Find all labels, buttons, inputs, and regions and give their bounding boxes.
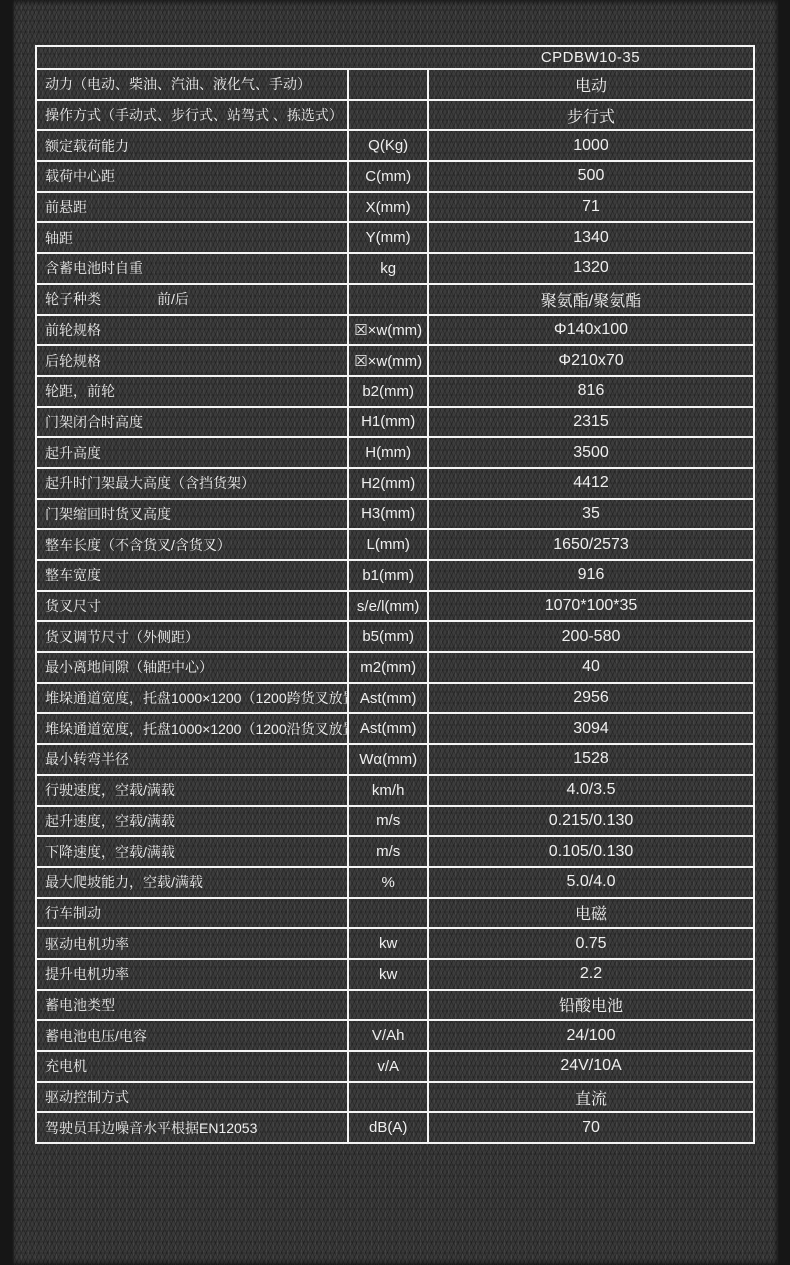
spec-value-cell: 3094 <box>428 713 754 744</box>
spec-unit-cell: dB(A) <box>348 1112 428 1143</box>
spec-label-cell: 充电机 <box>36 1051 348 1082</box>
spec-label-cell: 最大爬坡能力，空载/满载 <box>36 867 348 898</box>
spec-unit-cell: b5(mm) <box>348 621 428 652</box>
spec-value-cell: 4412 <box>428 468 754 499</box>
spec-unit-cell: C(mm) <box>348 161 428 192</box>
spec-value-cell: 24V/10A <box>428 1051 754 1082</box>
spec-sheet-page: { "table": { "model": "CPDBW10-35", "col… <box>0 0 790 1265</box>
spec-value-cell: 0.105/0.130 <box>428 836 754 867</box>
spec-unit-cell: H(mm) <box>348 437 428 468</box>
spec-label-cell: 货叉调节尺寸（外侧距） <box>36 621 348 652</box>
table-row: 动力（电动、柴油、汽油、液化气、手动） 电动 <box>36 69 754 100</box>
spec-unit-cell: kg <box>348 253 428 284</box>
spec-label-cell: 堆垛通道宽度，托盘1000×1200（1200沿货叉放置） <box>36 713 348 744</box>
table-row: 提升电机功率 kw 2.2 <box>36 959 754 990</box>
table-row: 门架缩回时货叉高度 H3(mm) 35 <box>36 499 754 530</box>
spec-unit-cell <box>348 990 428 1021</box>
table-row: 整车长度（不含货叉/含货叉） L(mm) 1650/2573 <box>36 529 754 560</box>
table-row: 轮子种类 前/后 聚氨酯/聚氨酯 <box>36 284 754 315</box>
table-row: 驱动控制方式 直流 <box>36 1082 754 1113</box>
spec-label-cell: 轮子种类 前/后 <box>36 284 348 315</box>
spec-value-cell: 5.0/4.0 <box>428 867 754 898</box>
spec-unit-cell: m/s <box>348 806 428 837</box>
spec-label-cell: 驱动电机功率 <box>36 928 348 959</box>
spec-value-cell: 0.215/0.130 <box>428 806 754 837</box>
table-row: 载荷中心距 C(mm) 500 <box>36 161 754 192</box>
spec-value-cell: 2956 <box>428 683 754 714</box>
spec-unit-cell: Wα(mm) <box>348 744 428 775</box>
spec-label-cell: 额定载荷能力 <box>36 130 348 161</box>
table-row: 充电机 v/A 24V/10A <box>36 1051 754 1082</box>
table-row: 行车制动 电磁 <box>36 898 754 929</box>
table-row: 蓄电池电压/电容 V/Ah 24/100 <box>36 1020 754 1051</box>
spec-label-cell: 载荷中心距 <box>36 161 348 192</box>
spec-value-cell: 直流 <box>428 1082 754 1113</box>
table-row: 门架闭合时高度 H1(mm) 2315 <box>36 407 754 438</box>
spec-value-cell: 1070*100*35 <box>428 591 754 622</box>
table-row: 堆垛通道宽度，托盘1000×1200（1200跨货叉放置） Ast(mm) 29… <box>36 683 754 714</box>
spec-unit-cell: ☒×w(mm) <box>348 315 428 346</box>
spec-label-cell: 最小转弯半径 <box>36 744 348 775</box>
table-row: 货叉尺寸 s/e/l(mm) 1070*100*35 <box>36 591 754 622</box>
spec-value-cell: 聚氨酯/聚氨酯 <box>428 284 754 315</box>
spec-unit-cell: L(mm) <box>348 529 428 560</box>
spec-unit-cell: V/Ah <box>348 1020 428 1051</box>
spec-label-cell: 驱动控制方式 <box>36 1082 348 1113</box>
spec-value-cell: 2.2 <box>428 959 754 990</box>
spec-unit-cell: km/h <box>348 775 428 806</box>
table-row: 驱动电机功率 kw 0.75 <box>36 928 754 959</box>
spec-value-cell: Φ140x100 <box>428 315 754 346</box>
spec-unit-cell: m/s <box>348 836 428 867</box>
model-header-cell: CPDBW10-35 <box>36 46 754 69</box>
spec-value-cell: 70 <box>428 1112 754 1143</box>
table-header-row: CPDBW10-35 <box>36 46 754 69</box>
table-row: 驾驶员耳边噪音水平根据EN12053 dB(A) 70 <box>36 1112 754 1143</box>
table-row: 起升高度 H(mm) 3500 <box>36 437 754 468</box>
table-row: 前悬距 X(mm) 71 <box>36 192 754 223</box>
spec-unit-cell <box>348 1082 428 1113</box>
spec-value-cell: 0.75 <box>428 928 754 959</box>
spec-unit-cell <box>348 69 428 100</box>
spec-value-cell: 916 <box>428 560 754 591</box>
spec-value-cell: 1340 <box>428 222 754 253</box>
spec-label-cell: 蓄电池电压/电容 <box>36 1020 348 1051</box>
spec-label-cell: 货叉尺寸 <box>36 591 348 622</box>
spec-label-cell: 后轮规格 <box>36 345 348 376</box>
spec-value-cell: 电动 <box>428 69 754 100</box>
table-row: 下降速度，空载/满载 m/s 0.105/0.130 <box>36 836 754 867</box>
spec-unit-cell: Ast(mm) <box>348 713 428 744</box>
spec-value-cell: 200-580 <box>428 621 754 652</box>
table-row: 最小转弯半径 Wα(mm) 1528 <box>36 744 754 775</box>
spec-label-cell: 行驶速度，空载/满载 <box>36 775 348 806</box>
table-row: 操作方式（手动式、步行式、站驾式 、拣选式） 步行式 <box>36 100 754 131</box>
spec-label-cell: 整车宽度 <box>36 560 348 591</box>
spec-unit-cell: kw <box>348 928 428 959</box>
table-row: 含蓄电池时自重 kg 1320 <box>36 253 754 284</box>
spec-unit-cell: b1(mm) <box>348 560 428 591</box>
spec-label-cell: 下降速度，空载/满载 <box>36 836 348 867</box>
spec-value-cell: 2315 <box>428 407 754 438</box>
spec-value-cell: 35 <box>428 499 754 530</box>
spec-label-cell: 驾驶员耳边噪音水平根据EN12053 <box>36 1112 348 1143</box>
table-row: 最大爬坡能力，空载/满载 % 5.0/4.0 <box>36 867 754 898</box>
spec-unit-cell: H3(mm) <box>348 499 428 530</box>
spec-unit-cell <box>348 284 428 315</box>
spec-label-cell: 最小离地间隙（轴距中心） <box>36 652 348 683</box>
spec-value-cell: 3500 <box>428 437 754 468</box>
table-row: 轴距 Y(mm) 1340 <box>36 222 754 253</box>
spec-table-body: CPDBW10-35 动力（电动、柴油、汽油、液化气、手动） 电动 操作方式（手… <box>36 46 754 1143</box>
spec-label-cell: 门架闭合时高度 <box>36 407 348 438</box>
spec-label-cell: 蓄电池类型 <box>36 990 348 1021</box>
spec-value-cell: 71 <box>428 192 754 223</box>
spec-label-cell: 轮距，前轮 <box>36 376 348 407</box>
model-name: CPDBW10-35 <box>428 49 753 66</box>
spec-label-cell: 整车长度（不含货叉/含货叉） <box>36 529 348 560</box>
spec-label-cell: 起升高度 <box>36 437 348 468</box>
table-row: 额定载荷能力 Q(Kg) 1000 <box>36 130 754 161</box>
table-row: 货叉调节尺寸（外侧距） b5(mm) 200-580 <box>36 621 754 652</box>
table-row: 后轮规格 ☒×w(mm) Φ210x70 <box>36 345 754 376</box>
spec-value-cell: Φ210x70 <box>428 345 754 376</box>
spec-label-cell: 轴距 <box>36 222 348 253</box>
spec-label-cell: 堆垛通道宽度，托盘1000×1200（1200跨货叉放置） <box>36 683 348 714</box>
spec-unit-cell: % <box>348 867 428 898</box>
spec-value-cell: 1528 <box>428 744 754 775</box>
spec-value-cell: 1650/2573 <box>428 529 754 560</box>
table-row: 最小离地间隙（轴距中心） m2(mm) 40 <box>36 652 754 683</box>
spec-label-cell: 起升速度，空载/满载 <box>36 806 348 837</box>
table-row: 起升时门架最大高度（含挡货架） H2(mm) 4412 <box>36 468 754 499</box>
spec-label-cell: 含蓄电池时自重 <box>36 253 348 284</box>
spec-unit-cell: Q(Kg) <box>348 130 428 161</box>
table-row: 堆垛通道宽度，托盘1000×1200（1200沿货叉放置） Ast(mm) 30… <box>36 713 754 744</box>
spec-unit-cell: b2(mm) <box>348 376 428 407</box>
table-row: 蓄电池类型 铅酸电池 <box>36 990 754 1021</box>
table-row: 整车宽度 b1(mm) 916 <box>36 560 754 591</box>
table-row: 前轮规格 ☒×w(mm) Φ140x100 <box>36 315 754 346</box>
table-row: 轮距，前轮 b2(mm) 816 <box>36 376 754 407</box>
spec-unit-cell: kw <box>348 959 428 990</box>
spec-value-cell: 4.0/3.5 <box>428 775 754 806</box>
spec-value-cell: 电磁 <box>428 898 754 929</box>
spec-label-cell: 操作方式（手动式、步行式、站驾式 、拣选式） <box>36 100 348 131</box>
spec-unit-cell: H2(mm) <box>348 468 428 499</box>
spec-label-cell: 前悬距 <box>36 192 348 223</box>
spec-table: CPDBW10-35 动力（电动、柴油、汽油、液化气、手动） 电动 操作方式（手… <box>35 45 755 1144</box>
spec-unit-cell: X(mm) <box>348 192 428 223</box>
spec-value-cell: 500 <box>428 161 754 192</box>
spec-unit-cell: m2(mm) <box>348 652 428 683</box>
spec-unit-cell: v/A <box>348 1051 428 1082</box>
spec-label-cell: 行车制动 <box>36 898 348 929</box>
spec-label-cell: 提升电机功率 <box>36 959 348 990</box>
spec-label-cell: 前轮规格 <box>36 315 348 346</box>
spec-unit-cell: s/e/l(mm) <box>348 591 428 622</box>
spec-value-cell: 铅酸电池 <box>428 990 754 1021</box>
spec-label-cell: 门架缩回时货叉高度 <box>36 499 348 530</box>
spec-label-cell: 起升时门架最大高度（含挡货架） <box>36 468 348 499</box>
spec-value-cell: 1320 <box>428 253 754 284</box>
spec-unit-cell: H1(mm) <box>348 407 428 438</box>
spec-unit-cell: ☒×w(mm) <box>348 345 428 376</box>
table-row: 起升速度，空载/满载 m/s 0.215/0.130 <box>36 806 754 837</box>
spec-value-cell: 40 <box>428 652 754 683</box>
spec-unit-cell <box>348 898 428 929</box>
spec-unit-cell <box>348 100 428 131</box>
table-row: 行驶速度，空载/满载 km/h 4.0/3.5 <box>36 775 754 806</box>
spec-label-cell: 动力（电动、柴油、汽油、液化气、手动） <box>36 69 348 100</box>
spec-unit-cell: Y(mm) <box>348 222 428 253</box>
spec-unit-cell: Ast(mm) <box>348 683 428 714</box>
spec-value-cell: 24/100 <box>428 1020 754 1051</box>
spec-value-cell: 816 <box>428 376 754 407</box>
spec-value-cell: 1000 <box>428 130 754 161</box>
spec-value-cell: 步行式 <box>428 100 754 131</box>
